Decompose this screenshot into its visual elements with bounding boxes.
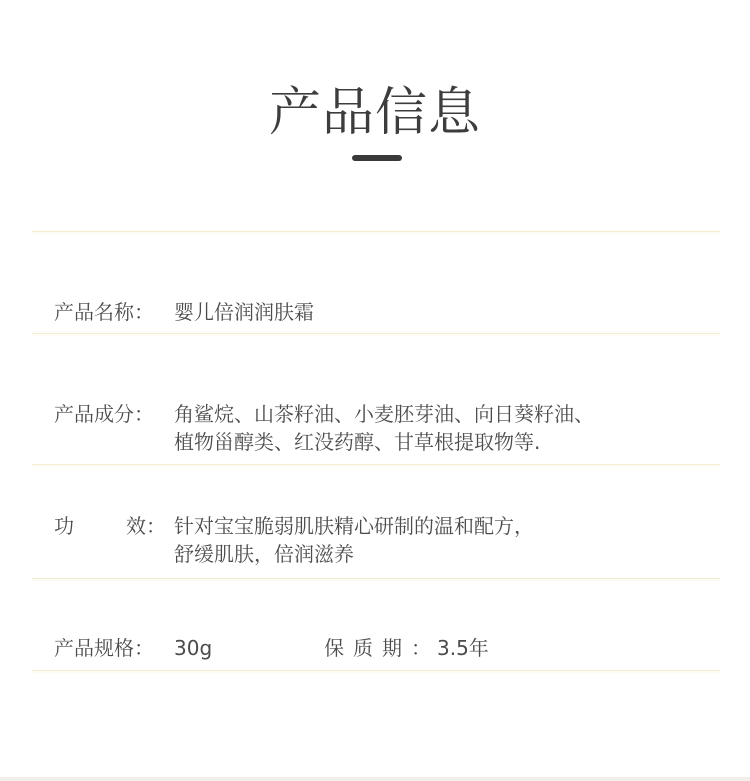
effect-label: 功效： <box>54 512 159 540</box>
divider-ingredients <box>32 464 720 465</box>
effect-value: 针对宝宝脆弱肌肤精心研制的温和配方， 舒缓肌肤，倍润滋养 <box>174 512 534 568</box>
divider-name <box>32 333 720 334</box>
divider-top <box>32 231 720 232</box>
spec-value: 30g <box>174 634 212 662</box>
shelf-life-label-char-2: 质 <box>353 634 373 662</box>
shelf-life-value: 3.5年 <box>437 636 489 660</box>
divider-effect <box>32 578 720 579</box>
effect-line-1: 针对宝宝脆弱肌肤精心研制的温和配方， <box>174 512 534 540</box>
spec-label: 产品规格： <box>54 634 154 662</box>
shelf-life-label-char-1: 保 <box>324 634 344 662</box>
ingredients-line-1: 角鲨烷、山茶籽油、小麦胚芽油、向日葵籽油、 <box>174 400 594 428</box>
effect-line-2: 舒缓肌肤，倍润滋养 <box>174 540 534 568</box>
title-underline <box>352 155 402 161</box>
page-title: 产品信息 <box>0 78 750 148</box>
product-name-value: 婴儿倍润润肤霜 <box>174 298 314 326</box>
divider-spec <box>32 670 720 671</box>
ingredients-line-2: 植物甾醇类、红没药醇、甘草根提取物等. <box>174 428 594 456</box>
ingredients-value: 角鲨烷、山茶籽油、小麦胚芽油、向日葵籽油、 植物甾醇类、红没药醇、甘草根提取物等… <box>174 400 594 456</box>
bottom-edge <box>0 777 750 781</box>
effect-label-colon: ： <box>146 512 166 540</box>
product-name-label: 产品名称： <box>54 298 154 326</box>
shelf-life-label-char-3: 期 <box>382 634 402 662</box>
effect-label-char-1: 功 <box>54 512 126 540</box>
shelf-life: 保质期：3.5年 <box>324 634 489 662</box>
effect-label-char-2: 效 <box>126 514 146 538</box>
shelf-life-colon: ： <box>411 636 431 660</box>
ingredients-label: 产品成分： <box>54 400 154 428</box>
